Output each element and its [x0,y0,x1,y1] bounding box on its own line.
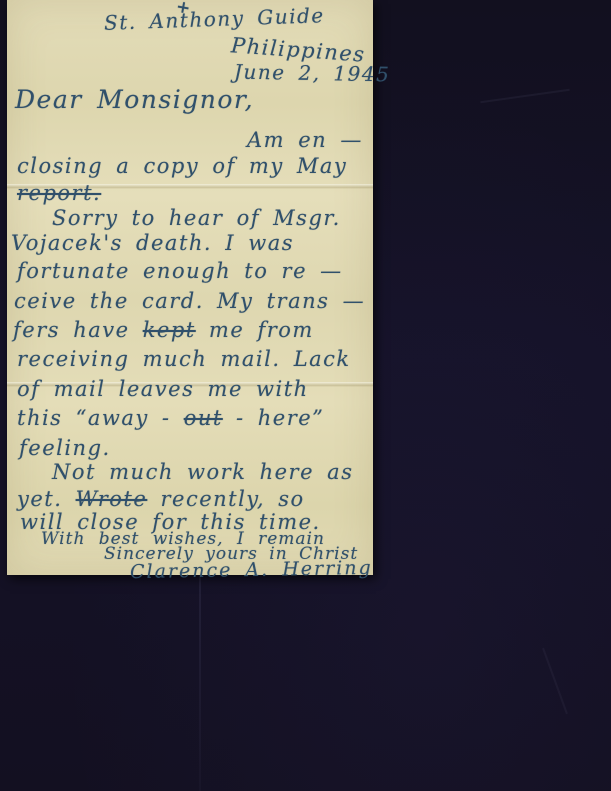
letter-line: of mail leaves me with [17,377,309,401]
line-segment: me from [196,318,314,342]
struck-word: Wrote [76,487,148,511]
signature-line: Clarence A. Herring [130,557,373,583]
line-segment: yet. [17,487,76,511]
letter-line: receiving much mail. Lack [17,347,351,371]
scanned-letter-page: { "colors": { "background": "#141126", "… [0,0,611,791]
letter-line: fortunate enough to re — [17,259,343,283]
letter-line: feeling. [19,436,111,460]
letter-line: yet. Wrote recently, so [17,487,305,511]
letter-line: Vojacek's death. I was [11,231,294,255]
struck-word: out [184,406,223,430]
letter-line: Am en — [247,128,363,152]
line-segment: this “away - [17,406,184,430]
letter-line: fers have kept me from [13,318,314,342]
letter-line-struck: report. [17,181,101,205]
letter-paper: + St. Anthony Guide Philippines June 2, … [7,0,373,575]
letter-line: Sorry to hear of Msgr. [52,206,341,230]
letter-line: closing a copy of my May [17,154,347,178]
line-segment: fers have [13,318,143,342]
salutation-line: Dear Monsignor, [15,85,254,114]
letter-line: Not much work here as [52,460,353,484]
date-line: June 2, 1945 [234,60,391,87]
letter-line: this “away - out - here” [17,406,324,430]
line-segment: recently, so [147,487,304,511]
letter-line: ceive the card. My trans — [14,289,365,313]
struck-word: kept [143,318,196,342]
background-crease [199,575,201,791]
line-segment: - here” [223,406,325,430]
sag-motto-line: St. Anthony Guide [104,3,325,35]
